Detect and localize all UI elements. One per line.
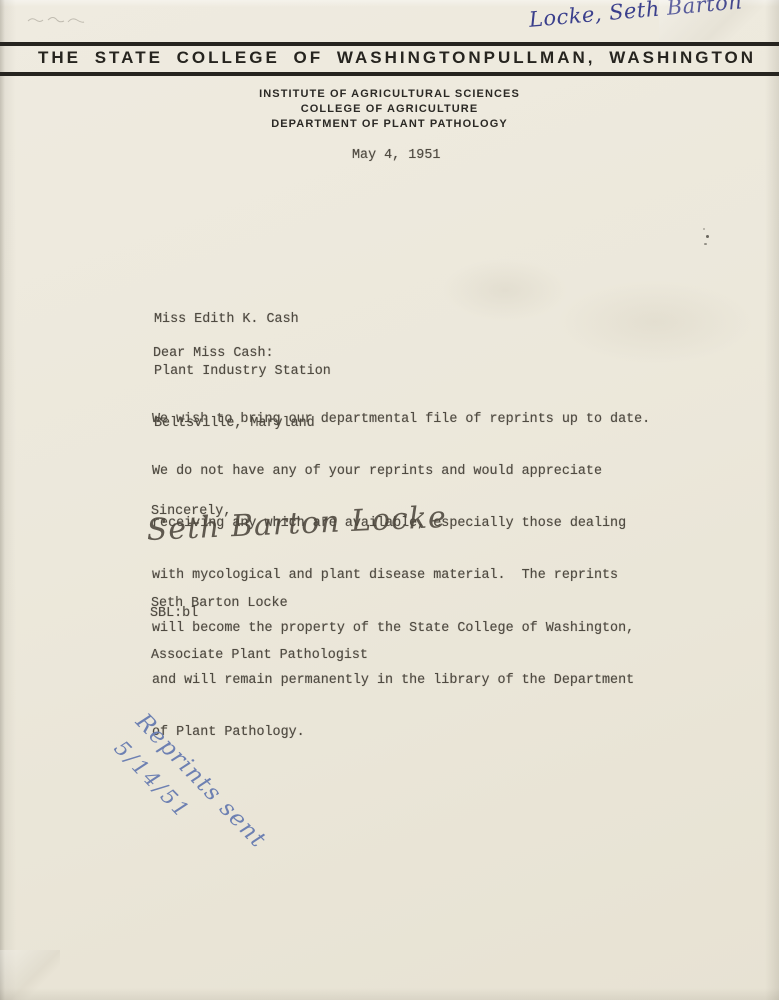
letter-date: May 4, 1951 [352,147,440,164]
letterhead-department-block: INSTITUTE OF AGRICULTURAL SCIENCES COLLE… [0,87,779,132]
letterhead-rule-bottom [0,72,779,76]
paper-speck [706,235,709,238]
letterhead-institute-line: INSTITUTE OF AGRICULTURAL SCIENCES [0,87,779,102]
body-line: We wish to bring our departmental file o… [152,411,650,428]
letterhead-masthead: THE STATE COLLEGE OF WASHINGTON PULLMAN,… [0,48,779,68]
scanned-letter-page: Locke, Seth Barton THE STATE COLLEGE OF … [0,0,779,1000]
typist-reference: SBL:bl [150,605,198,622]
letterhead-location: PULLMAN, WASHINGTON [484,48,756,68]
recipient-name: Miss Edith K. Cash [154,311,331,328]
filing-annotation-handwritten: Locke, Seth Barton [528,0,743,32]
body-line: We do not have any of your reprints and … [152,463,650,480]
letterhead-rule-top [0,42,779,46]
signer-title: Associate Plant Pathologist [151,647,368,664]
letterhead-college-line: COLLEGE OF AGRICULTURE [0,102,779,117]
letterhead-department-line: DEPARTMENT OF PLANT PATHOLOGY [0,117,779,132]
salutation: Dear Miss Cash: [153,345,274,362]
pencil-scribble [26,12,86,30]
body-line: of Plant Pathology. [152,724,650,741]
paper-speck [703,228,705,230]
letterhead-institution: THE STATE COLLEGE OF WASHINGTON [38,48,484,68]
paper-speck [704,243,707,245]
signature-block: Seth Barton Locke Associate Plant Pathol… [151,560,368,699]
paper-crease [0,950,60,1000]
